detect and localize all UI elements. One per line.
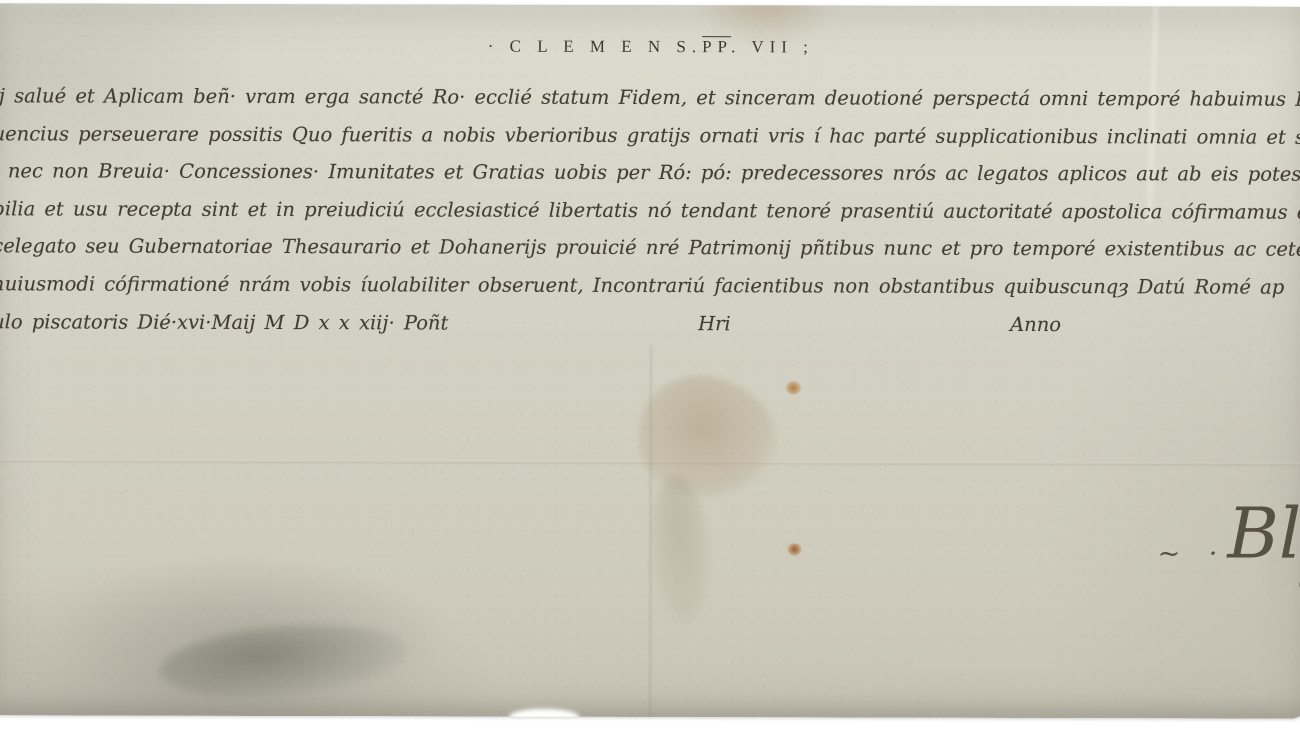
signature-prefix-flourish: ~ · <box>1158 538 1228 569</box>
manuscript-line: ij salué et Aplicam beñ· vram erga sanct… <box>0 77 1300 118</box>
title-post: . VII ; <box>731 37 814 56</box>
dateline-word-anno: Anno <box>1010 306 1061 344</box>
rust-spot <box>786 381 801 394</box>
manuscript-line: uencius perseuerare possitis Quo fueriti… <box>0 115 1300 156</box>
manuscript-line: huiusmodi cófirmationé nrám vobis íuolab… <box>0 265 1300 306</box>
secretary-signature-mark: ~ · Bl o <box>1157 498 1300 598</box>
ink-smudge-bottom-left <box>157 616 412 707</box>
title-pp-abbreviation: PP <box>702 37 731 56</box>
parchment-edge-notch <box>509 709 579 719</box>
manuscript-line: celegato seu Gubernatoriae Thesaurario e… <box>0 228 1300 269</box>
signature-initials: Bl <box>1227 499 1300 569</box>
dateline-row: ulo piscatoris Dié·xvi·Maij M D x x xiij… <box>0 303 1300 344</box>
dateline-date: ulo piscatoris Dié·xvi·Maij M D x x xiij… <box>0 310 448 334</box>
rust-spot <box>787 543 801 555</box>
document-title: · C L E M E N S.PP. VII ; <box>0 35 1300 58</box>
title-pre: · C L E M E N S. <box>488 37 702 57</box>
parchment-sheet: · C L E M E N S.PP. VII ; ij salué et Ap… <box>0 3 1300 718</box>
manuscript-line: bilia et usu recepta sint et in preiudic… <box>0 190 1300 231</box>
dateline-word-nri: Hri <box>698 305 731 343</box>
manuscript-scan-page: · C L E M E N S.PP. VII ; ij salué et Ap… <box>0 0 1300 731</box>
manuscript-body: ij salué et Aplicam beñ· vram erga sanct… <box>0 77 1300 344</box>
manuscript-line: · nec non Breuia· Concessiones· Imunitat… <box>0 152 1300 193</box>
